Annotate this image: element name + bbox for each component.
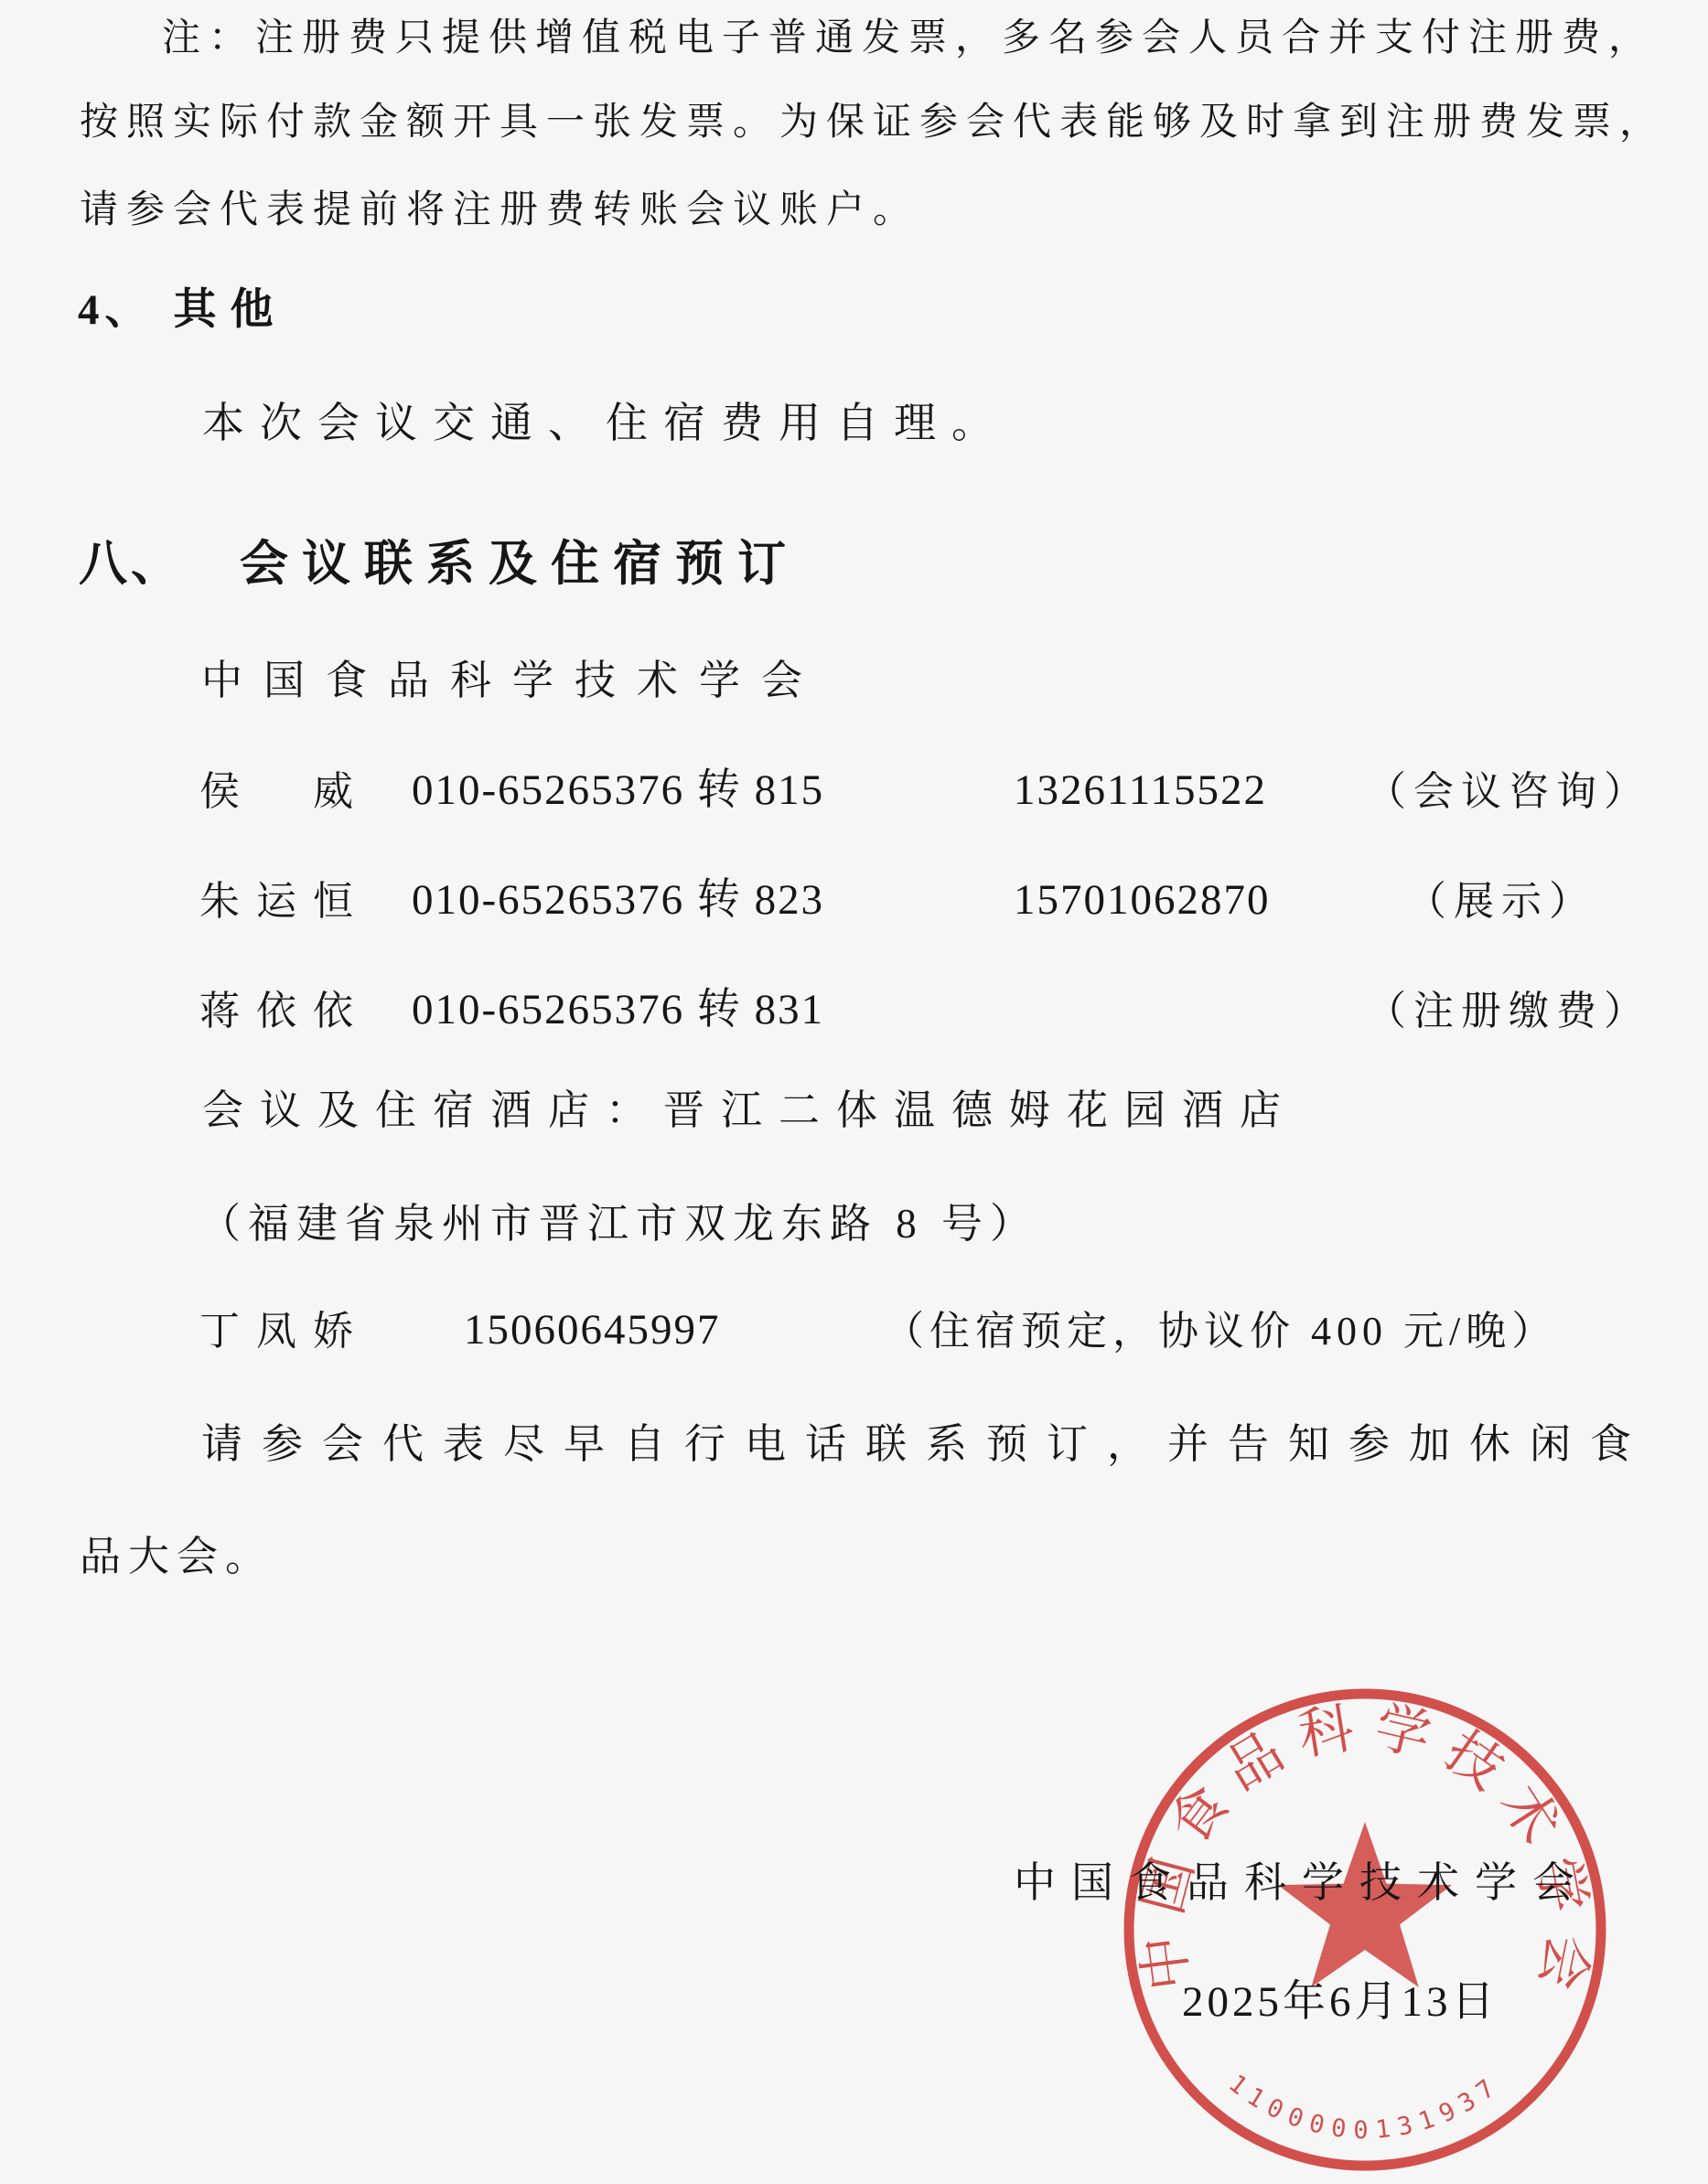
booking-note-line-1: 请参会代表尽早自行电话联系预订，并告知参加休闲食 bbox=[201, 1420, 1650, 1469]
booking-note-line-2: 品大会。 bbox=[80, 1533, 274, 1581]
section8-number: 八、 bbox=[79, 537, 183, 591]
signature-date: 2025年6月13日 bbox=[1182, 1977, 1499, 2028]
contact-row-name: 蒋依依 bbox=[199, 988, 370, 1035]
hotel-contact-name: 丁凤娇 bbox=[199, 1308, 370, 1355]
hotel-contact-mobile: 15060645997 bbox=[464, 1305, 721, 1355]
contact-row-name: 朱运恒 bbox=[199, 878, 370, 926]
section4-heading: 4、其他 bbox=[78, 285, 287, 336]
section4-number: 4、 bbox=[78, 286, 154, 334]
contact-row-role: （注册缴费） bbox=[1366, 988, 1651, 1035]
document-page: 注：注册费只提供增值税电子普通发票，多名参会人员合并支付注册费， 按照实际付款金… bbox=[0, 0, 1708, 2184]
stamp-serial-number: 1100000131937 bbox=[1223, 2070, 1507, 2145]
hotel-line: 会议及住宿酒店：晋江二体温德姆花园酒店 bbox=[202, 1087, 1297, 1135]
hotel-address: （福建省泉州市晋江市双龙东路 8 号） bbox=[199, 1200, 1038, 1248]
contact-org: 中国食品科学技术学会 bbox=[201, 657, 823, 705]
note-line-1: 注：注册费只提供增值税电子普通发票，多名参会人员合并支付注册费， bbox=[162, 16, 1655, 62]
contact-row-phone: 010-65265376 转 815 bbox=[412, 765, 824, 816]
note-line-3: 请参会代表提前将注册费转账会议账户。 bbox=[80, 188, 919, 234]
section4-title: 其他 bbox=[174, 286, 287, 334]
contact-row-name: 侯 威 bbox=[199, 768, 370, 816]
contact-row-role: （展示） bbox=[1406, 878, 1596, 926]
section8-title: 会议联系及住宿预订 bbox=[240, 537, 800, 591]
contact-row-mobile: 13261115522 bbox=[1014, 765, 1267, 816]
contact-row-role: （会议咨询） bbox=[1366, 768, 1651, 816]
section8-heading: 八、会议联系及住宿预订 bbox=[79, 536, 800, 594]
section4-body: 本次会议交通、住宿费用自理。 bbox=[202, 399, 1009, 448]
organization-seal-stamp: 中国食品科学技术学会 1100000131937 bbox=[1109, 1674, 1621, 2184]
signature-org: 中国食品科学技术学会 bbox=[1014, 1858, 1590, 1908]
note-line-2: 按照实际付款金额开具一张发票。为保证参会代表能够及时拿到注册费发票， bbox=[80, 101, 1666, 146]
contact-row-phone: 010-65265376 转 823 bbox=[412, 875, 824, 926]
contact-row-phone: 010-65265376 转 831 bbox=[412, 985, 824, 1035]
contact-row-mobile: 15701062870 bbox=[1014, 875, 1271, 926]
hotel-contact-note: （住宿预定，协议价 400 元/晚） bbox=[884, 1308, 1557, 1355]
